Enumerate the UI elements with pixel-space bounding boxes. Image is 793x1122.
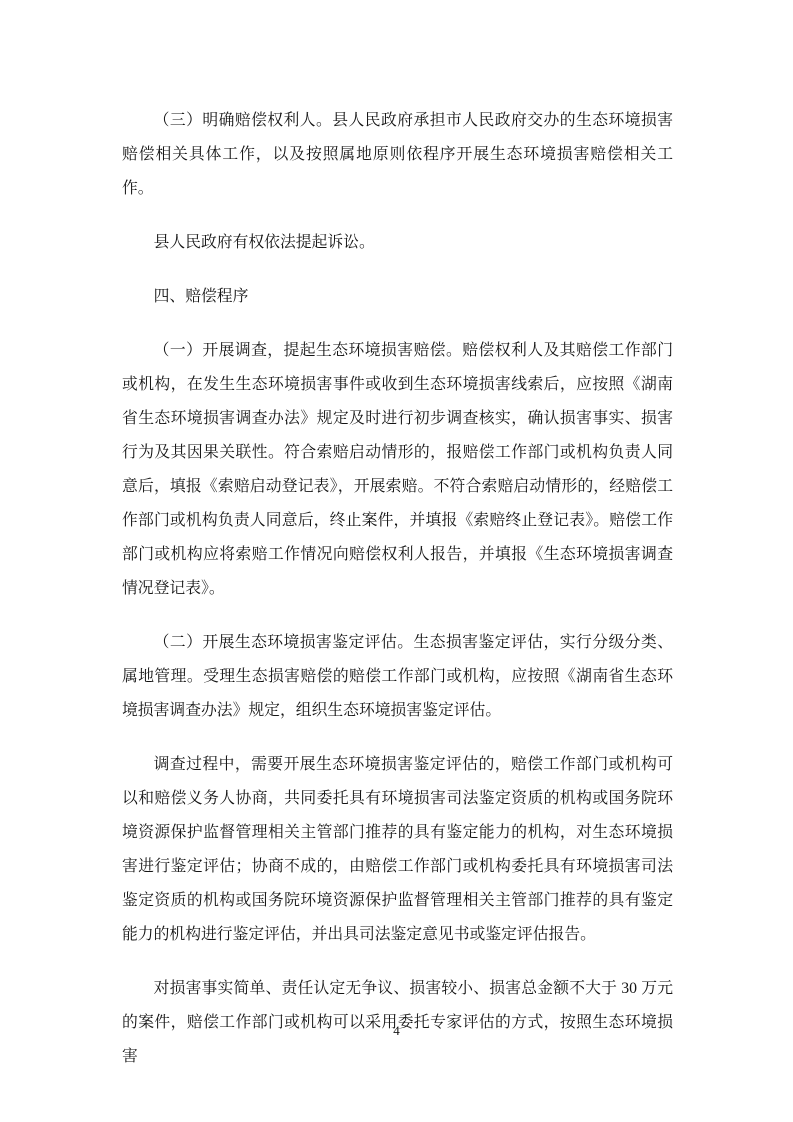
para-clarify-compensation-rightsholder: （三）明确赔偿权利人。县人民政府承担市人民政府交办的生态环境损害赔偿相关具体工作… xyxy=(122,104,673,206)
para-appraisal-commissioning-process: 调查过程中，需要开展生态环境损害鉴定评估的，赔偿工作部门或机构可以和赔偿义务人协… xyxy=(122,748,673,952)
page-number: 4 xyxy=(0,1022,793,1040)
section-heading-compensation-procedure: 四、赔偿程序 xyxy=(122,280,673,314)
para-damage-appraisal-assessment: （二）开展生态环境损害鉴定评估。生态损害鉴定评估，实行分级分类、属地管理。受理生… xyxy=(122,626,673,728)
para-county-government-litigation-right: 县人民政府有权依法提起诉讼。 xyxy=(122,226,673,260)
document-page: （三）明确赔偿权利人。县人民政府承担市人民政府交办的生态环境损害赔偿相关具体工作… xyxy=(0,0,793,1122)
para-investigation-and-claim-initiation: （一）开展调查，提起生态环境损害赔偿。赔偿权利人及其赔偿工作部门或机构，在发生生… xyxy=(122,334,673,606)
